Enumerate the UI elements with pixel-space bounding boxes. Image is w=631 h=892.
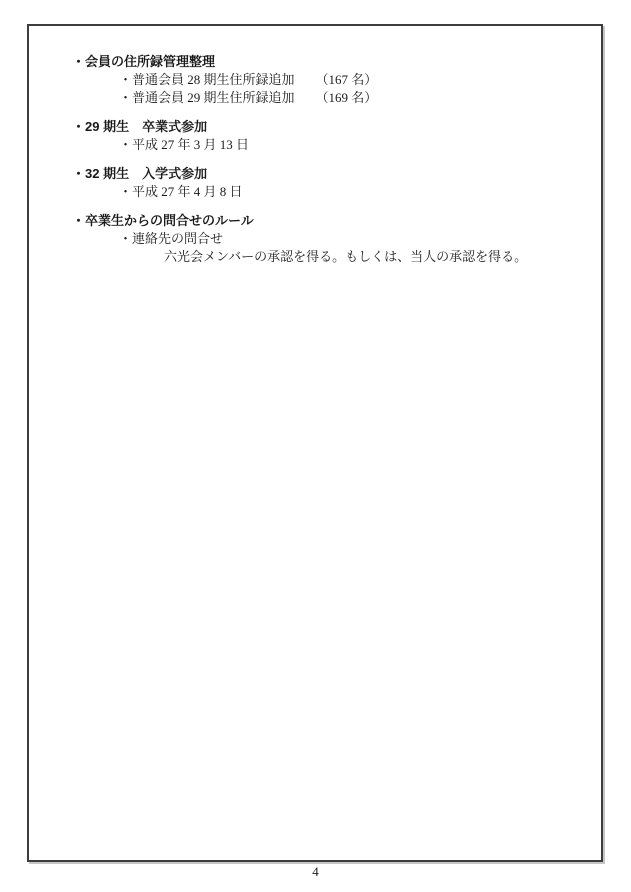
rule-note: 六光会メンバーの承認を得る。もしくは、当人の承認を得る。: [164, 248, 601, 266]
document-page: ・会員の住所録管理整理 ・普通会員 28 期生住所録追加（167 名） ・普通会…: [0, 0, 631, 892]
section-inquiry-rules: ・卒業生からの問合せのルール ・連絡先の問合せ 六光会メンバーの承認を得る。もし…: [29, 212, 601, 266]
list-item: ・普通会員 29 期生住所録追加（169 名）: [119, 89, 601, 107]
page-number: 4: [0, 864, 631, 880]
item-text: ・平成 27 年 4 月 8 日: [119, 184, 243, 199]
list-item: ・連絡先の問合せ: [119, 230, 601, 248]
section-heading: ・卒業生からの問合せのルール: [72, 212, 601, 230]
member-count: （169 名）: [316, 90, 378, 105]
item-text: ・普通会員 29 期生住所録追加: [119, 90, 295, 105]
section-graduation-ceremony: ・29 期生 卒業式参加 ・平成 27 年 3 月 13 日: [29, 118, 601, 154]
list-item: ・平成 27 年 3 月 13 日: [119, 136, 601, 154]
member-count: （167 名）: [316, 72, 378, 87]
page-border-frame: ・会員の住所録管理整理 ・普通会員 28 期生住所録追加（167 名） ・普通会…: [27, 24, 603, 862]
section-heading: ・32 期生 入学式参加: [72, 165, 601, 183]
section-address-book: ・会員の住所録管理整理 ・普通会員 28 期生住所録追加（167 名） ・普通会…: [29, 53, 601, 107]
item-text: ・平成 27 年 3 月 13 日: [119, 137, 249, 152]
item-text: ・連絡先の問合せ: [119, 231, 223, 246]
list-item: ・普通会員 28 期生住所録追加（167 名）: [119, 71, 601, 89]
section-entrance-ceremony: ・32 期生 入学式参加 ・平成 27 年 4 月 8 日: [29, 165, 601, 201]
section-heading: ・29 期生 卒業式参加: [72, 118, 601, 136]
list-item: ・平成 27 年 4 月 8 日: [119, 183, 601, 201]
item-text: ・普通会員 28 期生住所録追加: [119, 72, 295, 87]
section-heading: ・会員の住所録管理整理: [72, 53, 601, 71]
